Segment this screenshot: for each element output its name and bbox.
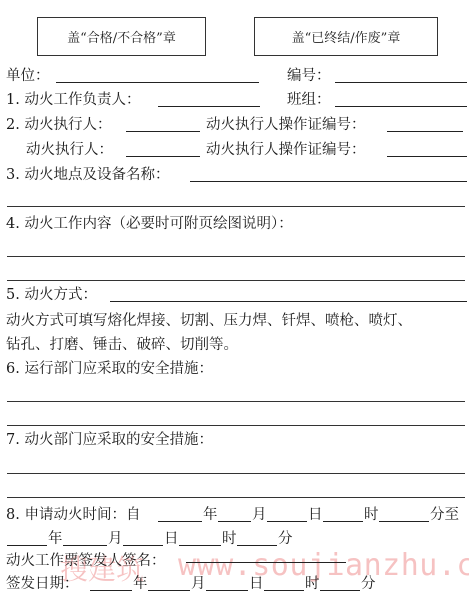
method-label: 5. 动火方式： bbox=[6, 285, 97, 305]
row-item4: 4. 动火工作内容（必要时可附页绘图说明）： bbox=[6, 214, 463, 234]
unit-field[interactable] bbox=[56, 66, 259, 83]
to-month-unit: 月 bbox=[108, 529, 123, 549]
cert-label-1: 动火执行人操作证编号： bbox=[206, 115, 366, 135]
from-day-unit: 日 bbox=[308, 505, 323, 525]
team-field[interactable] bbox=[335, 90, 467, 107]
number-field[interactable] bbox=[335, 66, 467, 83]
executor-field-2[interactable] bbox=[126, 140, 200, 157]
to-year-unit: 年 bbox=[48, 529, 63, 549]
ops-measures-label: 6. 运行部门应采取的安全措施： bbox=[6, 359, 213, 379]
method-field[interactable] bbox=[110, 285, 467, 302]
row-item8-from: 8. 申请动火时间：自 年 月 日 时 分至 bbox=[6, 505, 463, 525]
issue-year-field[interactable] bbox=[90, 574, 132, 591]
from-month-unit: 月 bbox=[252, 505, 267, 525]
cert-field-2[interactable] bbox=[387, 140, 467, 157]
issue-minute-unit: 分 bbox=[361, 574, 376, 594]
row-item8-to: 年 月 日 时 分 bbox=[6, 529, 463, 549]
executor-field-1[interactable] bbox=[126, 115, 200, 132]
to-hour-unit: 时 bbox=[222, 529, 237, 549]
to-year-field[interactable] bbox=[7, 529, 47, 546]
issue-hour-field[interactable] bbox=[264, 574, 304, 591]
ops-measures-line-1[interactable] bbox=[7, 401, 465, 402]
issue-day-field[interactable] bbox=[206, 574, 248, 591]
team-label: 班组： bbox=[287, 90, 331, 110]
from-minute-to-unit: 分至 bbox=[430, 505, 459, 525]
to-day-field[interactable] bbox=[123, 529, 163, 546]
issue-day-unit: 日 bbox=[249, 574, 264, 594]
issue-date-label: 签发日期： bbox=[6, 574, 79, 594]
stamp-box-terminated: 盖“已终结/作废”章 bbox=[254, 17, 438, 56]
work-leader-label: 1. 动火工作负责人： bbox=[6, 90, 140, 110]
to-minute-field[interactable] bbox=[237, 529, 277, 546]
row-item2a: 2. 动火执行人： 动火执行人操作证编号： bbox=[6, 115, 463, 135]
row-item1: 1. 动火工作负责人： 班组： bbox=[6, 90, 463, 110]
to-day-unit: 日 bbox=[164, 529, 179, 549]
row-item2b: 动火执行人： 动火执行人操作证编号： bbox=[6, 140, 463, 160]
number-label: 编号： bbox=[287, 66, 331, 86]
issuer-label: 动火工作票签发人签名： bbox=[6, 551, 166, 571]
unit-label: 单位： bbox=[6, 66, 50, 86]
row-item5: 5. 动火方式： bbox=[6, 285, 463, 305]
issue-month-unit: 月 bbox=[191, 574, 206, 594]
to-hour-field[interactable] bbox=[179, 529, 221, 546]
issue-minute-field[interactable] bbox=[320, 574, 360, 591]
work-content-line-1[interactable] bbox=[7, 256, 465, 257]
method-note-line2: 钻孔、打磨、锤击、破碎、切削等。 bbox=[6, 335, 238, 355]
from-hour-field[interactable] bbox=[323, 505, 363, 522]
fire-dept-measures-line-2[interactable] bbox=[7, 497, 465, 498]
method-note-line1: 动火方式可填写熔化焊接、切割、压力焊、钎焊、喷枪、喷灯、 bbox=[6, 311, 412, 331]
issue-month-field[interactable] bbox=[148, 574, 190, 591]
fire-dept-measures-line-1[interactable] bbox=[7, 473, 465, 474]
issue-year-unit: 年 bbox=[133, 574, 148, 594]
location-extra-line[interactable] bbox=[7, 206, 465, 207]
from-day-field[interactable] bbox=[267, 505, 307, 522]
from-year-unit: 年 bbox=[203, 505, 218, 525]
row-unit-number: 单位： 编号： bbox=[6, 66, 463, 86]
issuer-signature-field[interactable] bbox=[186, 551, 346, 563]
from-minute-field[interactable] bbox=[379, 505, 429, 522]
stamp-terminated-label: 盖“已终结/作废”章 bbox=[292, 27, 401, 46]
row-issuer: 动火工作票签发人签名： bbox=[6, 551, 463, 571]
to-month-field[interactable] bbox=[63, 529, 107, 546]
work-content-line-2[interactable] bbox=[7, 280, 465, 281]
fire-dept-measures-label: 7. 动火部门应采取的安全措施： bbox=[6, 430, 213, 450]
location-label: 3. 动火地点及设备名称： bbox=[6, 165, 169, 185]
work-leader-field[interactable] bbox=[158, 90, 260, 107]
to-minute-unit: 分 bbox=[278, 529, 293, 549]
from-year-field[interactable] bbox=[158, 505, 202, 522]
row-item7: 7. 动火部门应采取的安全措施： bbox=[6, 430, 463, 450]
row-item6: 6. 运行部门应采取的安全措施： bbox=[6, 359, 463, 379]
from-hour-unit: 时 bbox=[364, 505, 379, 525]
method-note-1: 动火方式可填写熔化焊接、切割、压力焊、钎焊、喷枪、喷灯、 bbox=[6, 311, 463, 331]
cert-field-1[interactable] bbox=[387, 115, 463, 132]
executor-label-1: 2. 动火执行人： bbox=[6, 115, 111, 135]
row-item3: 3. 动火地点及设备名称： bbox=[6, 165, 463, 185]
work-content-label: 4. 动火工作内容（必要时可附页绘图说明）： bbox=[6, 214, 293, 234]
stamp-box-qualified: 盖“合格/不合格”章 bbox=[37, 17, 206, 56]
stamp-qualified-label: 盖“合格/不合格”章 bbox=[67, 27, 176, 46]
method-note-2: 钻孔、打磨、锤击、破碎、切削等。 bbox=[6, 335, 463, 355]
location-field[interactable] bbox=[190, 165, 467, 182]
issue-hour-unit: 时 bbox=[305, 574, 320, 594]
row-issue-date: 签发日期： 年 月 日 时 分 bbox=[6, 574, 463, 594]
from-month-field[interactable] bbox=[218, 505, 251, 522]
executor-label-2: 动火执行人： bbox=[26, 140, 113, 160]
ops-measures-line-2[interactable] bbox=[7, 425, 465, 426]
apply-time-label: 8. 申请动火时间：自 bbox=[6, 505, 140, 525]
cert-label-2: 动火执行人操作证编号： bbox=[206, 140, 366, 160]
